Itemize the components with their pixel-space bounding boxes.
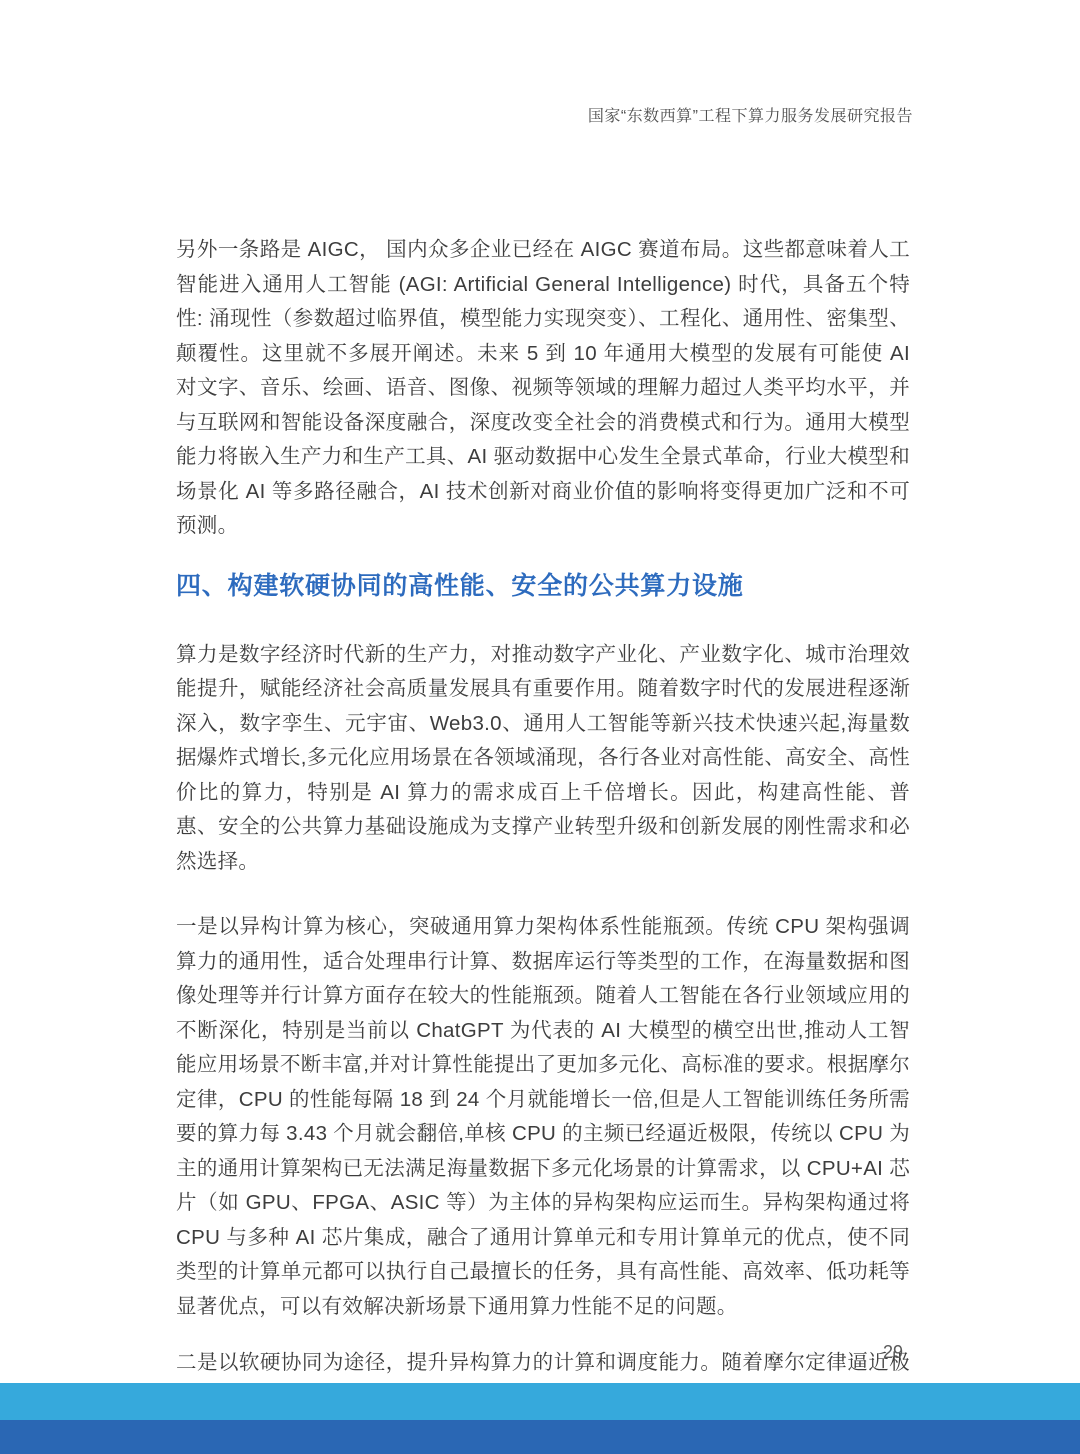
paragraph-computing-power-demand: 算力是数字经济时代新的生产力，对推动数字产业化、产业数字化、城市治理效能提升，赋… xyxy=(176,638,910,880)
report-page: 国家“东数西算”工程下算力服务发展研究报告 另外一条路是 AIGC， 国内众多企… xyxy=(0,0,1080,1454)
page-number: 29 xyxy=(883,1341,903,1363)
page-content: 另外一条路是 AIGC， 国内众多企业已经在 AIGC 赛道布局。这些都意味着人… xyxy=(176,0,910,1450)
paragraph-aigc-agi: 另外一条路是 AIGC， 国内众多企业已经在 AIGC 赛道布局。这些都意味着人… xyxy=(176,233,910,544)
footer-light-blue-bar xyxy=(0,1383,1080,1420)
paragraph-heterogeneous-computing: 一是以异构计算为核心，突破通用算力架构体系性能瓶颈。传统 CPU 架构强调算力的… xyxy=(176,910,910,1324)
section-heading-four: 四、构建软硬协同的高性能、安全的公共算力设施 xyxy=(176,570,910,602)
footer-dark-blue-bar xyxy=(0,1420,1080,1454)
